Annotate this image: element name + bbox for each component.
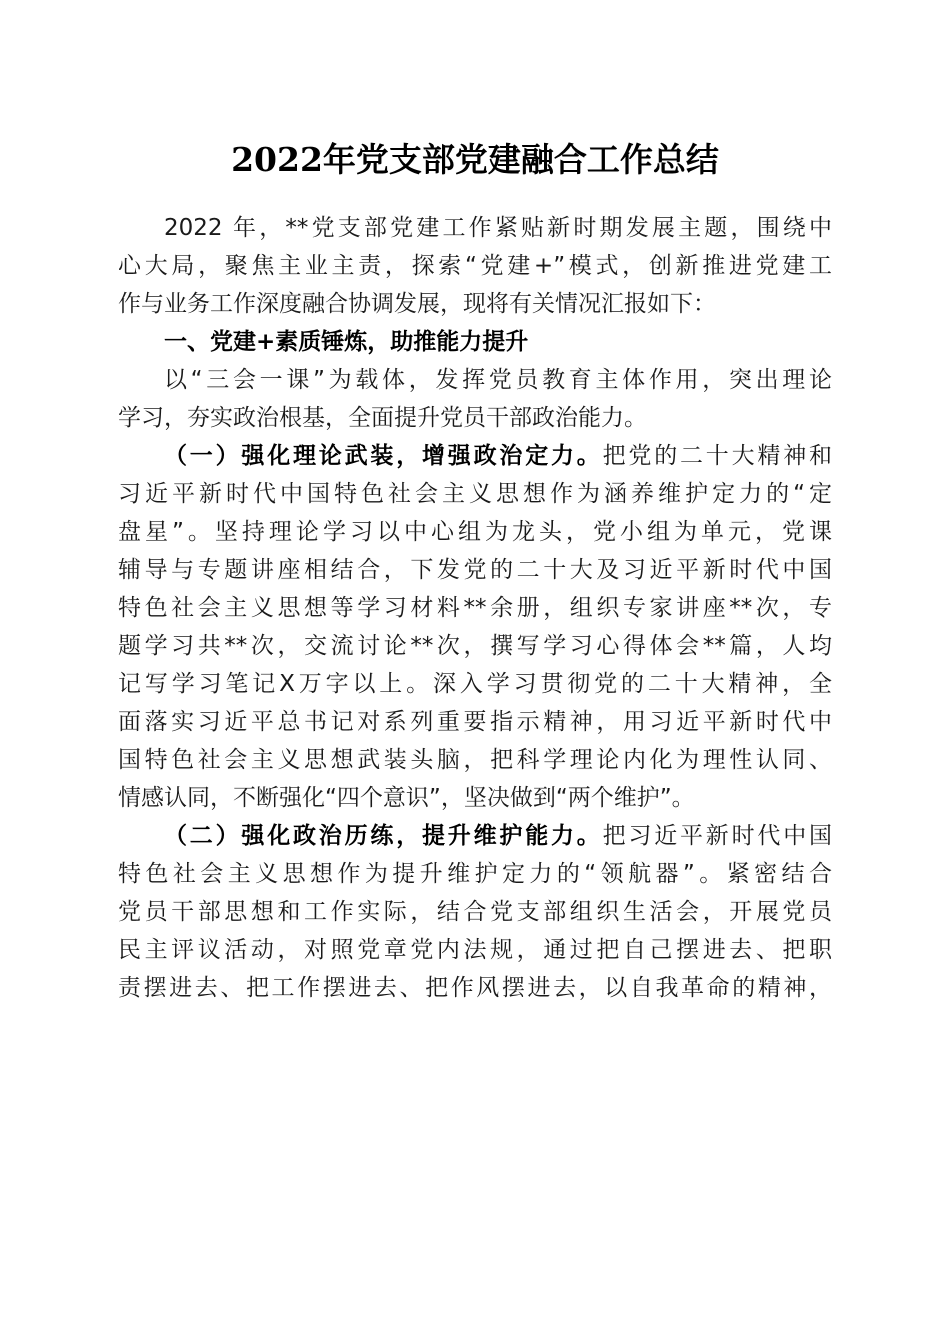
subsection-2-first-line: （二）强化政治历练，提升维护能力。把习近平新时代中国 — [164, 817, 832, 855]
subsection-2-heading: （二）强化政治历练，提升维护能力。 — [164, 823, 603, 849]
subsection-1-line: 盘星”。坚持理论学习以中心组为龙头，党小组为单元，党课 — [118, 513, 832, 551]
subsection-2-line: 特色社会主义思想作为提升维护定力的“领航器”。紧密结合 — [118, 855, 832, 893]
intro-line-1: 2022 年，**党支部党建工作紧贴新时期发展主题，围绕中 — [164, 209, 832, 247]
subsection-1-line: 辅导与专题讲座相结合，下发党的二十大及习近平新时代中国 — [118, 551, 832, 589]
subsection-2-line: 责摆进去、把工作摆进去、把作风摆进去，以自我革命的精神， — [118, 969, 832, 1007]
subsection-1-heading: （一）强化理论武装，增强政治定力。 — [164, 443, 603, 469]
subsection-1-line: 习近平新时代中国特色社会主义思想作为涵养维护定力的“定 — [118, 475, 832, 513]
subsection-1-first-line: （一）强化理论武装，增强政治定力。把党的二十大精神和 — [164, 437, 832, 475]
subsection-1-line: 题学习共**次，交流讨论**次，撰写学习心得体会**篇，人均 — [118, 627, 832, 665]
subsection-1-first-line-rest: 把党的二十大精神和 — [603, 443, 832, 469]
subsection-1-line: 记写学习笔记X万字以上。深入学习贯彻党的二十大精神，全 — [118, 665, 832, 703]
subsection-1-line: 面落实习近平总书记对系列重要指示精神，用习近平新时代中 — [118, 703, 832, 741]
document-title: 2022年党支部党建融合工作总结 — [0, 138, 950, 182]
section-1-lead-line-1: 以“三会一课”为载体，发挥党员教育主体作用，突出理论 — [164, 361, 832, 399]
subsection-2-line: 党员干部思想和工作实际，结合党支部组织生活会，开展党员 — [118, 893, 832, 931]
document-page: 2022年党支部党建融合工作总结 2022 年，**党支部党建工作紧贴新时期发展… — [0, 0, 950, 1344]
section-1-lead-line-2: 学习，夯实政治根基，全面提升党员干部政治能力。 — [118, 399, 832, 437]
subsection-1-line: 特色社会主义思想等学习材料**余册，组织专家讲座**次，专 — [118, 589, 832, 627]
subsection-2-first-line-rest: 把习近平新时代中国 — [603, 823, 832, 849]
subsection-2-line: 民主评议活动，对照党章党内法规，通过把自己摆进去、把职 — [118, 931, 832, 969]
subsection-1-line: 情感认同，不断强化“四个意识”，坚决做到“两个维护”。 — [118, 779, 832, 817]
section-1-heading: 一、党建+素质锤炼，助推能力提升 — [164, 323, 832, 361]
subsection-1-line: 国特色社会主义思想武装头脑，把科学理论内化为理性认同、 — [118, 741, 832, 779]
intro-line-2: 心大局，聚焦主业主责，探索“党建+”模式，创新推进党建工 — [118, 247, 832, 285]
intro-line-3: 作与业务工作深度融合协调发展，现将有关情况汇报如下： — [118, 285, 832, 323]
